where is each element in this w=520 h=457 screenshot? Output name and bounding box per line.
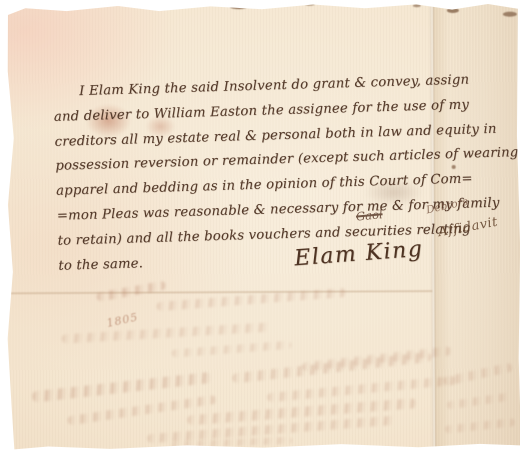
torn-edge-speck (447, 8, 459, 13)
ink-speck (452, 165, 456, 169)
bleed-through-year: 1805 (105, 310, 139, 330)
bleed-stroke (32, 372, 212, 403)
bleed-stroke (172, 341, 292, 358)
bleed-stroke (61, 322, 271, 343)
torn-edge-speck (135, 4, 149, 8)
torn-edge-speck (230, 4, 248, 9)
torn-edge-speck (305, 3, 315, 6)
horizontal-fold-crease (10, 290, 432, 294)
bleed-stroke (232, 352, 432, 384)
struck-out-word: Gaol (355, 207, 383, 223)
bleed-stroke (267, 376, 457, 403)
bleed-stroke (96, 281, 166, 302)
torn-edge-speck (413, 4, 421, 7)
torn-edge-speck (503, 12, 517, 17)
scanned-letter-sheet: I Elam King the said Insolvent do grant … (5, 2, 520, 451)
